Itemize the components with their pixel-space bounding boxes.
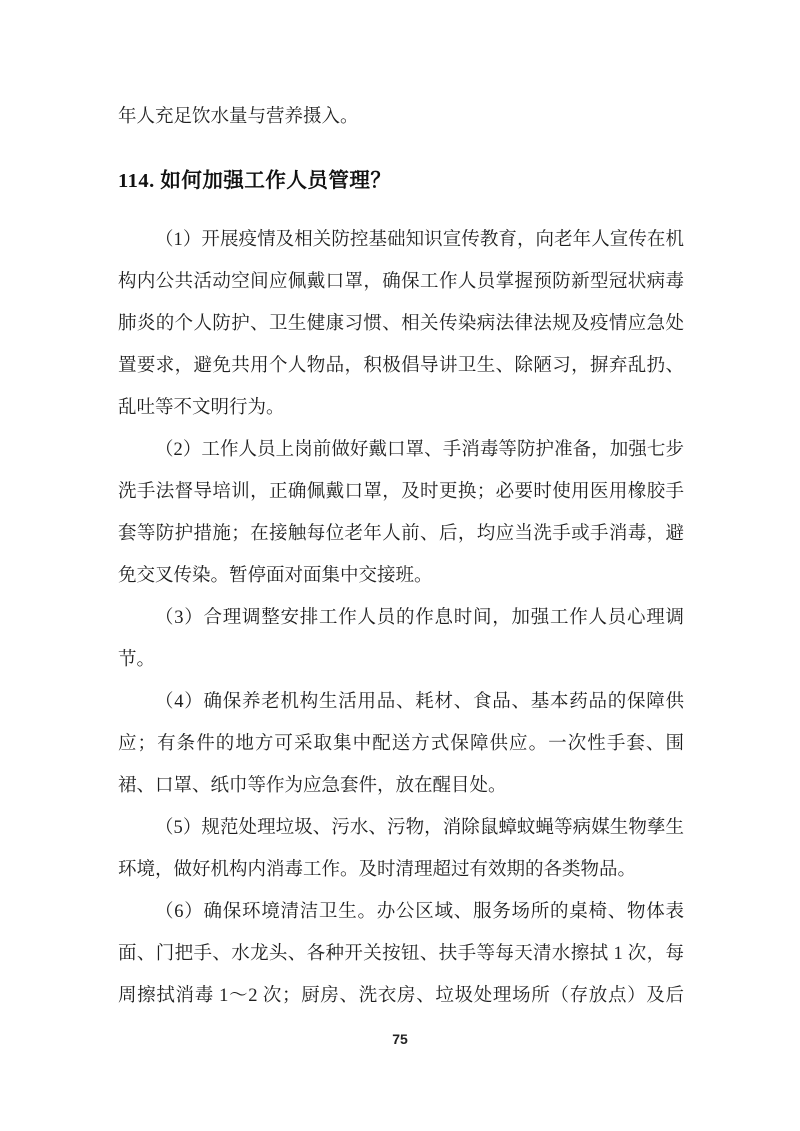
page-content: 年人充足饮水量与营养摄入。 114. 如何加强工作人员管理？ （1）开展疫情及相… [118,96,684,1017]
paragraph-1: （1）开展疫情及相关防控基础知识宣传教育，向老年人宣传在机构内公共活动空间应佩戴… [118,219,684,429]
paragraph-4: （4）确保养老机构生活用品、耗材、食品、基本药品的保障供应；有条件的地方可采取集… [118,681,684,807]
paragraph-2: （2）工作人员上岗前做好戴口罩、手消毒等防护准备，加强七步洗手法督导培训，正确佩… [118,429,684,597]
document-page: 年人充足饮水量与营养摄入。 114. 如何加强工作人员管理？ （1）开展疫情及相… [0,0,800,1131]
page-number: 75 [0,1028,800,1050]
paragraph-5: （5）规范处理垃圾、污水、污物，消除鼠蟑蚊蝇等病媒生物孳生环境，做好机构内消毒工… [118,807,684,891]
paragraph-continuation: 年人充足饮水量与营养摄入。 [118,96,684,138]
section-heading: 114. 如何加强工作人员管理？ [118,160,684,202]
paragraph-3: （3）合理调整安排工作人员的作息时间，加强工作人员心理调节。 [118,597,684,681]
paragraph-6: （6）确保环境清洁卫生。办公区域、服务场所的桌椅、物体表面、门把手、水龙头、各种… [118,891,684,1017]
